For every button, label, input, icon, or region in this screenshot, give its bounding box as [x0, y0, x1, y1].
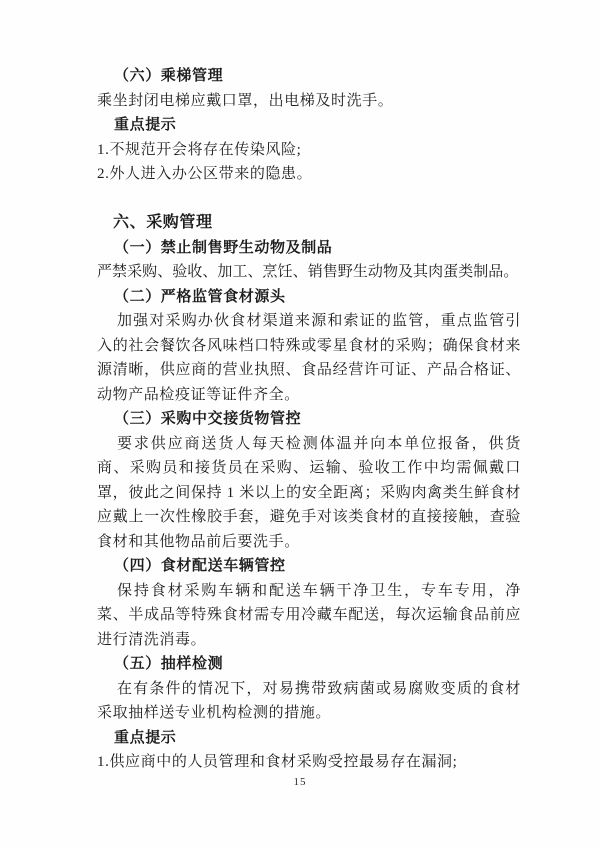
- key-notes-heading-procurement: 重点提示: [97, 726, 521, 751]
- subsection-heading-delivery-vehicles: （四）食材配送车辆管控: [97, 554, 521, 579]
- paragraph-source-supervision: 加强对采购办伙食材渠道来源和索证的监管，重点监管引入的社会餐饮各风味档口特殊或零…: [97, 309, 521, 407]
- page-number: 15: [0, 776, 600, 788]
- paragraph-elevator-rule: 乘坐封闭电梯应戴口罩，出电梯及时洗手。: [97, 89, 521, 114]
- paragraph-delivery-vehicles: 保持食材采购车辆和配送车辆干净卫生，专车专用，净菜、半成品等特殊食材需专用冷藏车…: [97, 579, 521, 653]
- paragraph-wildlife-ban: 严禁采购、验收、加工、烹饪、销售野生动物及其肉蛋类制品。: [97, 260, 521, 285]
- paragraph-goods-handover: 要求供应商送货人每天检测体温并向本单位报备，供货商、采购员和接货员在采购、运输、…: [97, 432, 521, 555]
- key-note-item-1: 1.不规范开会将存在传染风险;: [97, 138, 521, 163]
- subsection-heading-goods-handover: （三）采购中交接货物管控: [97, 407, 521, 432]
- subsection-heading-wildlife-ban: （一）禁止制售野生动物及制品: [97, 236, 521, 261]
- key-notes-heading-elevator: 重点提示: [97, 113, 521, 138]
- document-body: （六）乘梯管理 乘坐封闭电梯应戴口罩，出电梯及时洗手。 重点提示 1.不规范开会…: [97, 64, 521, 775]
- subsection-heading-elevator: （六）乘梯管理: [97, 64, 521, 89]
- paragraph-sampling-test: 在有条件的情况下，对易携带致病菌或易腐败变质的食材采取抽样送专业机构检测的措施。: [97, 677, 521, 726]
- key-note-item-supplier: 1.供应商中的人员管理和食材采购受控最易存在漏洞;: [97, 750, 521, 775]
- subsection-heading-source-supervision: （二）严格监管食材源头: [97, 285, 521, 310]
- document-page: （六）乘梯管理 乘坐封闭电梯应戴口罩，出电梯及时洗手。 重点提示 1.不规范开会…: [0, 0, 600, 848]
- key-note-item-2: 2.外人进入办公区带来的隐患。: [97, 162, 521, 187]
- subsection-heading-sampling-test: （五）抽样检测: [97, 652, 521, 677]
- section-heading-procurement: 六、采购管理: [97, 211, 521, 236]
